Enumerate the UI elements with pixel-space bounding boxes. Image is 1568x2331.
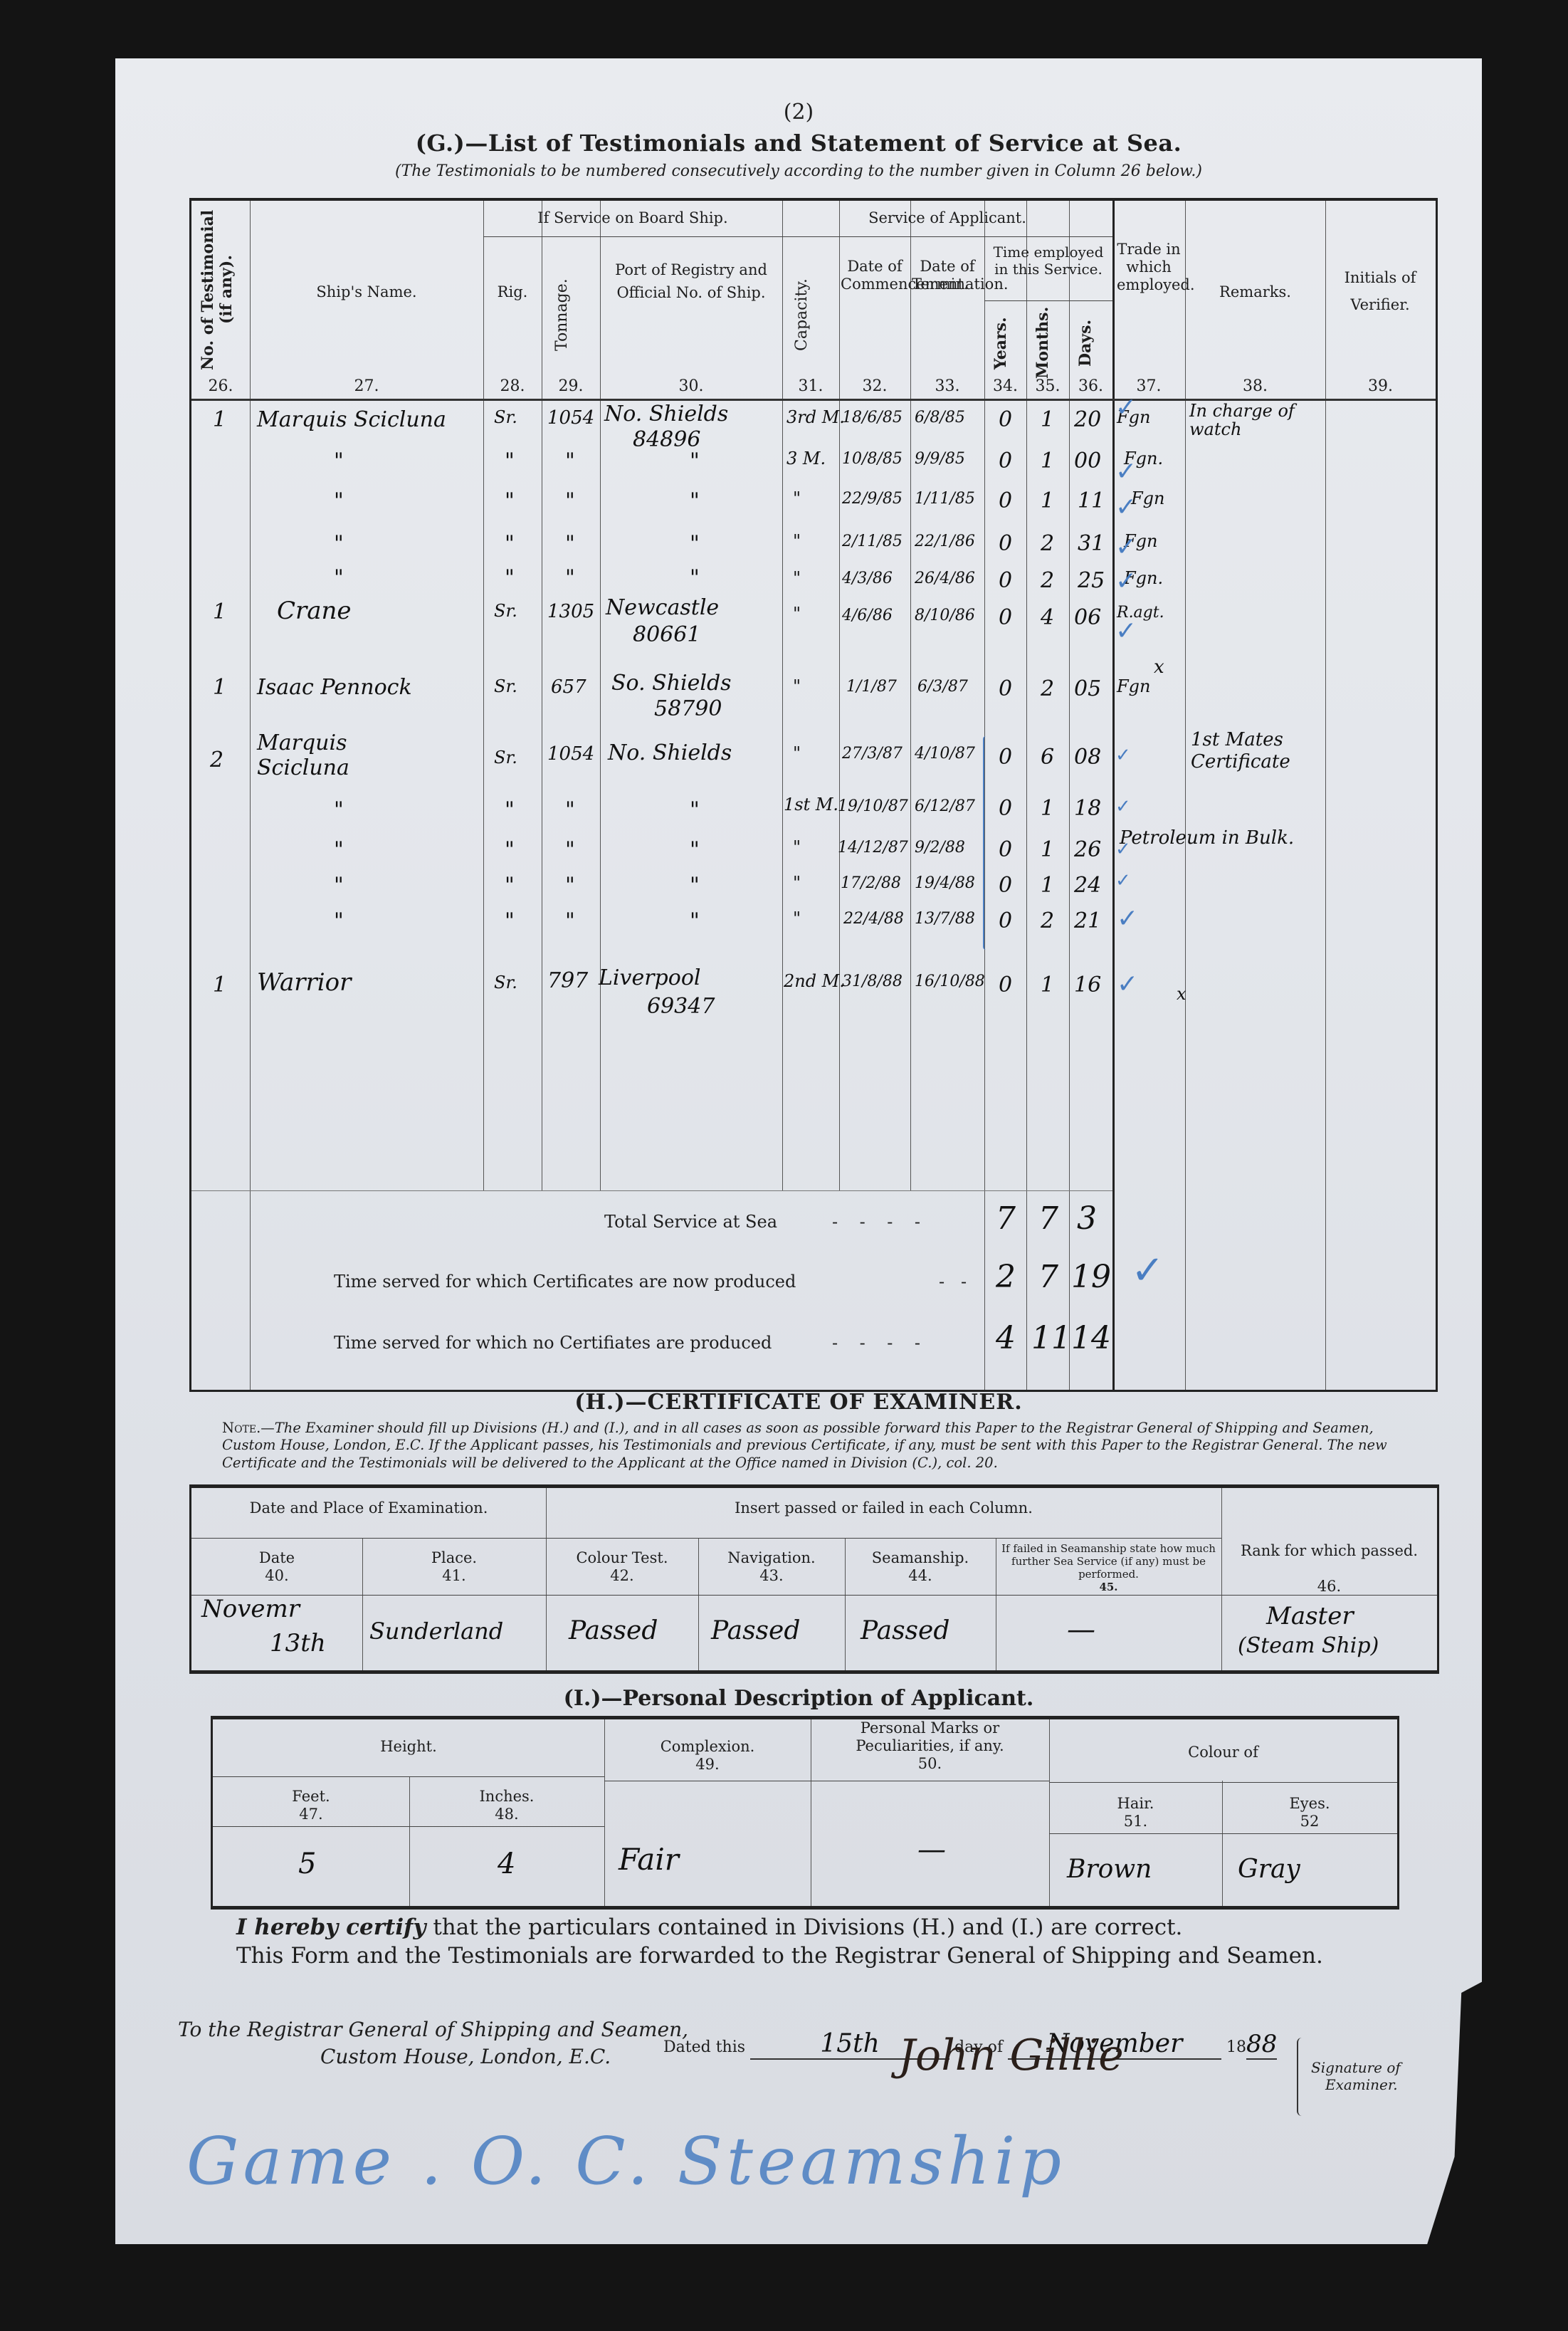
check-icon: ✓ (1115, 393, 1137, 422)
col-days-header: Days. (1076, 308, 1105, 379)
rank-passed-line2: (Steam Ship) (1238, 1633, 1379, 1658)
col-capacity-header: Capacity. (793, 258, 828, 372)
height-inches-value: 4 (498, 1848, 515, 1880)
check-icon: ✓ (1115, 493, 1137, 522)
col-date-header: Date (259, 1549, 295, 1566)
col-num-31: 31. (782, 377, 839, 395)
col-termination-header: Date of Termination. (912, 258, 983, 293)
dated-year: 88 (1246, 2030, 1277, 2060)
col-num-39: 39. (1325, 377, 1436, 395)
section-g-subtitle: (The Testimonials to be numbered consecu… (115, 162, 1482, 180)
check-icon: ✓ (1115, 870, 1131, 891)
ship-group-header: If Service on Board Ship. (483, 209, 782, 227)
check-icon: ✓ (1115, 533, 1137, 562)
section-h-title: (H.)—CERTIFICATE OF EXAMINER. (115, 1390, 1482, 1415)
exam-date-day: 13th (270, 1629, 326, 1657)
check-icon: ✓ (1115, 457, 1137, 486)
col-colour-test-header: Colour Test. (576, 1549, 668, 1566)
col-num-32: 32. (839, 377, 910, 395)
height-feet-value: 5 (298, 1848, 316, 1880)
col-further-service-header: If failed in Seamanship state how much f… (1001, 1542, 1216, 1581)
col-port-header: Port of Registry and Official No. of Shi… (608, 259, 774, 304)
personal-description-table: Height. Feet.47. Inches.48. Complexion.4… (211, 1716, 1399, 1910)
col-num-36: 36. (1069, 377, 1112, 395)
eye-colour-value: Gray (1238, 1855, 1300, 1884)
check-icon: ✓ (1117, 970, 1138, 999)
col-place-header: Place. (431, 1549, 477, 1566)
check-icon: ✓ (1115, 745, 1131, 766)
col-num-34: 34. (984, 377, 1026, 395)
col-trade-header: Trade in which employed. (1117, 241, 1181, 295)
check-icon: ✓ (1131, 1247, 1164, 1294)
check-icon: ✓ (1115, 617, 1137, 646)
date-place-group-header: Date and Place of Examination. (191, 1499, 546, 1517)
col-years-header: Years. (991, 308, 1020, 379)
col-num-35: 35. (1026, 377, 1069, 395)
col-months-header: Months. (1033, 308, 1062, 379)
col-commencement-header: Date of Commencement. (841, 258, 909, 293)
dated-day: 15th (820, 2029, 879, 2058)
col-tonnage-header: Tonnage. (553, 258, 589, 372)
time-group-header: Time employed in this Service. (984, 243, 1112, 278)
check-icon: ✓ (1115, 567, 1137, 596)
exam-place: Sunderland (369, 1618, 503, 1645)
brace-mark (1297, 2038, 1307, 2116)
col-num-27: 27. (250, 377, 483, 395)
service-group-header: Service of Applicant. (782, 209, 1112, 227)
complexion-value: Fair (619, 1842, 679, 1877)
complexion-header: Complexion. (661, 1738, 755, 1755)
col-ship-name-header: Ship's Name. (250, 283, 483, 301)
col-num-30: 30. (600, 377, 782, 395)
col-rig-header: Rig. (483, 283, 542, 301)
col-num-29: 29. (542, 377, 600, 395)
page-number: (2) (115, 100, 1482, 125)
rank-passed-line1: Master (1266, 1602, 1354, 1630)
col-num-38: 38. (1185, 377, 1325, 395)
colour-test-result: Passed (569, 1616, 658, 1645)
col-seamanship-header: Seamanship. (872, 1549, 969, 1566)
col-navigation-header: Navigation. (727, 1549, 815, 1566)
exam-date-month: Novemr (201, 1595, 300, 1623)
check-icon: ✓ (1115, 839, 1131, 860)
hair-colour-value: Brown (1067, 1855, 1152, 1884)
seamanship-result: Passed (861, 1616, 949, 1645)
insert-group-header: Insert passed or failed in each Column. (546, 1499, 1221, 1517)
col-remarks-header: Remarks. (1185, 283, 1325, 301)
x-mark: x (1154, 656, 1164, 678)
signature-label: Signature of Examiner. (1311, 2059, 1401, 2093)
col-testimonial-header: No. of Testimonial (if any). (199, 208, 241, 372)
blue-pencil-annotation: Game . O. C. Steamship (186, 2123, 1065, 2199)
blue-bracket-mark (983, 736, 989, 950)
marks-value: — (917, 1833, 946, 1866)
section-g-title: (G.)—List of Testimonials and Statement … (115, 130, 1482, 157)
examiner-table: Date and Place of Examination. Insert pa… (189, 1484, 1439, 1674)
check-icon: ✓ (1115, 796, 1131, 817)
colour-of-header: Colour of (1049, 1744, 1397, 1761)
marks-header: Personal Marks or Peculiarities, if any. (856, 1719, 1004, 1754)
col-verifier-header: Initials of Verifier. (1330, 265, 1430, 319)
addressee: To the Registrar General of Shipping and… (178, 2016, 688, 2070)
x-mark: x (1177, 984, 1186, 1004)
examiner-signature: John Gillie (898, 2031, 1124, 2080)
further-service-value: — (1067, 1613, 1095, 1646)
section-i-title: (I.)—Personal Description of Applicant. (115, 1686, 1482, 1711)
navigation-result: Passed (711, 1616, 800, 1645)
section-h-note: Note.—The Examiner should fill up Divisi… (222, 1420, 1404, 1472)
col-num-28: 28. (483, 377, 542, 395)
col-rank-header: Rank for which passed. (1241, 1542, 1418, 1559)
height-header: Height. (213, 1738, 604, 1756)
col-num-33: 33. (910, 377, 984, 395)
check-icon: ✓ (1117, 904, 1138, 933)
certification-statement: I hereby certify that the particulars co… (236, 1914, 1323, 1970)
col-num-26: 26. (191, 377, 250, 395)
document-page: (2) (G.)—List of Testimonials and Statem… (115, 58, 1482, 2244)
service-table: If Service on Board Ship. Service of App… (189, 198, 1438, 1392)
